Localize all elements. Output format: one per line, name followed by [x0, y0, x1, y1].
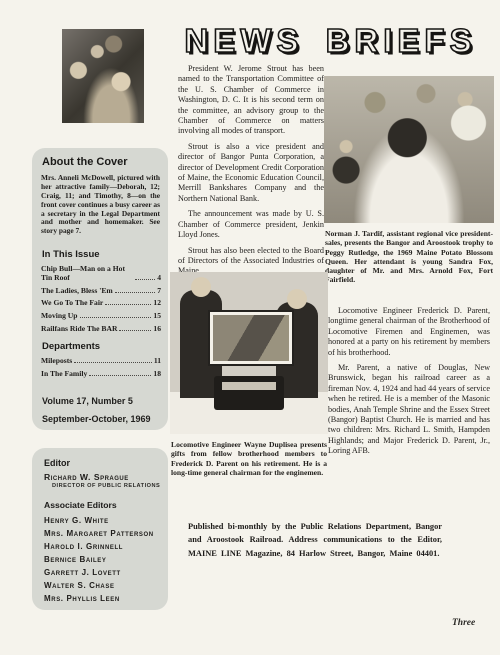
toc-item: Mileposts 11 [41, 356, 161, 365]
toc-item-page: 18 [153, 369, 161, 378]
associate-editors-list: Henry G. White Mrs. Margaret Patterson H… [44, 514, 154, 605]
retirement-gift-caption: Locomotive Engineer Wayne Duplisea prese… [171, 440, 327, 477]
cover-family-photo [62, 29, 144, 123]
toc-list: Chip Bull—Man on a Hot Tin Roof 4 The La… [41, 264, 161, 336]
toc-item-label: Mileposts [41, 356, 72, 365]
toc-item-label: Railfans Ride The BAR [41, 324, 117, 333]
toc-item-label: Chip Bull—Man on a Hot Tin Roof [41, 264, 133, 282]
page-number: Three [452, 618, 475, 628]
toc-item-label: We Go To The Fair [41, 298, 103, 307]
news-paragraph: Locomotive Engineer Frederick D. Parent,… [328, 306, 490, 358]
departments-list: Mileposts 11 In The Family 18 [41, 356, 161, 381]
associate-editor-name: Mrs. Margaret Patterson [44, 527, 154, 540]
toc-item-page: 16 [153, 324, 161, 333]
dot-leader [89, 375, 151, 376]
toc-item-page: 12 [153, 298, 161, 307]
queen-trophy-caption: Norman J. Tardif, assistant regional vic… [325, 229, 493, 285]
toc-item-label: Moving Up [41, 311, 78, 320]
toc-item: The Ladies, Bless 'Em 7 [41, 286, 161, 295]
news-paragraph: Mr. Parent, a native of Douglas, New Bru… [328, 363, 490, 457]
queen-trophy-photo [324, 76, 494, 223]
news-paragraph: President W. Jerome Strout has been name… [178, 64, 324, 137]
toc-item-label: The Ladies, Bless 'Em [41, 286, 113, 295]
dot-leader [74, 362, 152, 363]
news-paragraph: The announcement was made by U. S. Chamb… [178, 209, 324, 240]
about-cover-heading: About the Cover [42, 156, 128, 168]
toc-item: Chip Bull—Man on a Hot Tin Roof 4 [41, 264, 161, 282]
sidebar-editor-box: Editor Richard W. Sprague Director of Pu… [32, 448, 168, 610]
toc-item: Moving Up 15 [41, 311, 161, 320]
associate-editor-name: Harold I. Grinnell [44, 540, 154, 553]
toc-item-page: 15 [153, 311, 161, 320]
page-title: NEWS BRIEFS [178, 22, 483, 60]
dot-leader [105, 304, 151, 305]
editor-heading: Editor [44, 458, 70, 468]
toc-item-page: 11 [154, 356, 161, 365]
toc-item: We Go To The Fair 12 [41, 298, 161, 307]
retirement-gift-figure: Locomotive Engineer Wayne Duplisea prese… [170, 272, 328, 477]
dot-leader [119, 330, 151, 331]
associate-editor-name: Mrs. Phyllis Leen [44, 592, 154, 605]
dot-leader [115, 292, 155, 293]
sidebar-info-box: About the Cover Mrs. Anneli McDowell, pi… [32, 148, 168, 430]
publisher-note: Published bi-monthly by the Public Relat… [188, 520, 442, 560]
issue-date: September-October, 1969 [42, 414, 151, 424]
associate-editors-heading: Associate Editors [44, 500, 117, 510]
in-this-issue-heading: In This Issue [42, 249, 100, 260]
editor-title: Director of Public Relations [52, 483, 160, 489]
associate-editor-name: Garrett J. Lovett [44, 566, 154, 579]
framed-picture [208, 310, 294, 366]
toc-item: Railfans Ride The BAR 16 [41, 324, 161, 333]
news-column-left: President W. Jerome Strout has been name… [178, 64, 324, 282]
departments-heading: Departments [42, 341, 100, 352]
retirement-gift-photo [170, 272, 328, 434]
news-column-right: Locomotive Engineer Frederick D. Parent,… [328, 306, 490, 462]
toc-item: In The Family 18 [41, 369, 161, 378]
magazine-page: NEWS BRIEFS About the Cover Mrs. Anneli … [0, 0, 500, 655]
toc-item-label: In The Family [41, 369, 87, 378]
associate-editor-name: Bernice Bailey [44, 553, 154, 566]
toc-item-page: 7 [157, 286, 161, 295]
associate-editor-name: Walter S. Chase [44, 579, 154, 592]
typewriter-gift [214, 376, 284, 410]
queen-trophy-figure: Norman J. Tardif, assistant regional vic… [324, 76, 494, 285]
associate-editor-name: Henry G. White [44, 514, 154, 527]
about-cover-text: Mrs. Anneli McDowell, pictured with her … [41, 174, 160, 236]
dot-leader [80, 317, 152, 318]
volume-number: Volume 17, Number 5 [42, 396, 133, 406]
editor-name: Richard W. Sprague [44, 472, 129, 482]
news-paragraph: Strout is also a vice president and dire… [178, 142, 324, 204]
dot-leader [135, 279, 155, 280]
toc-item-page: 4 [157, 273, 161, 282]
